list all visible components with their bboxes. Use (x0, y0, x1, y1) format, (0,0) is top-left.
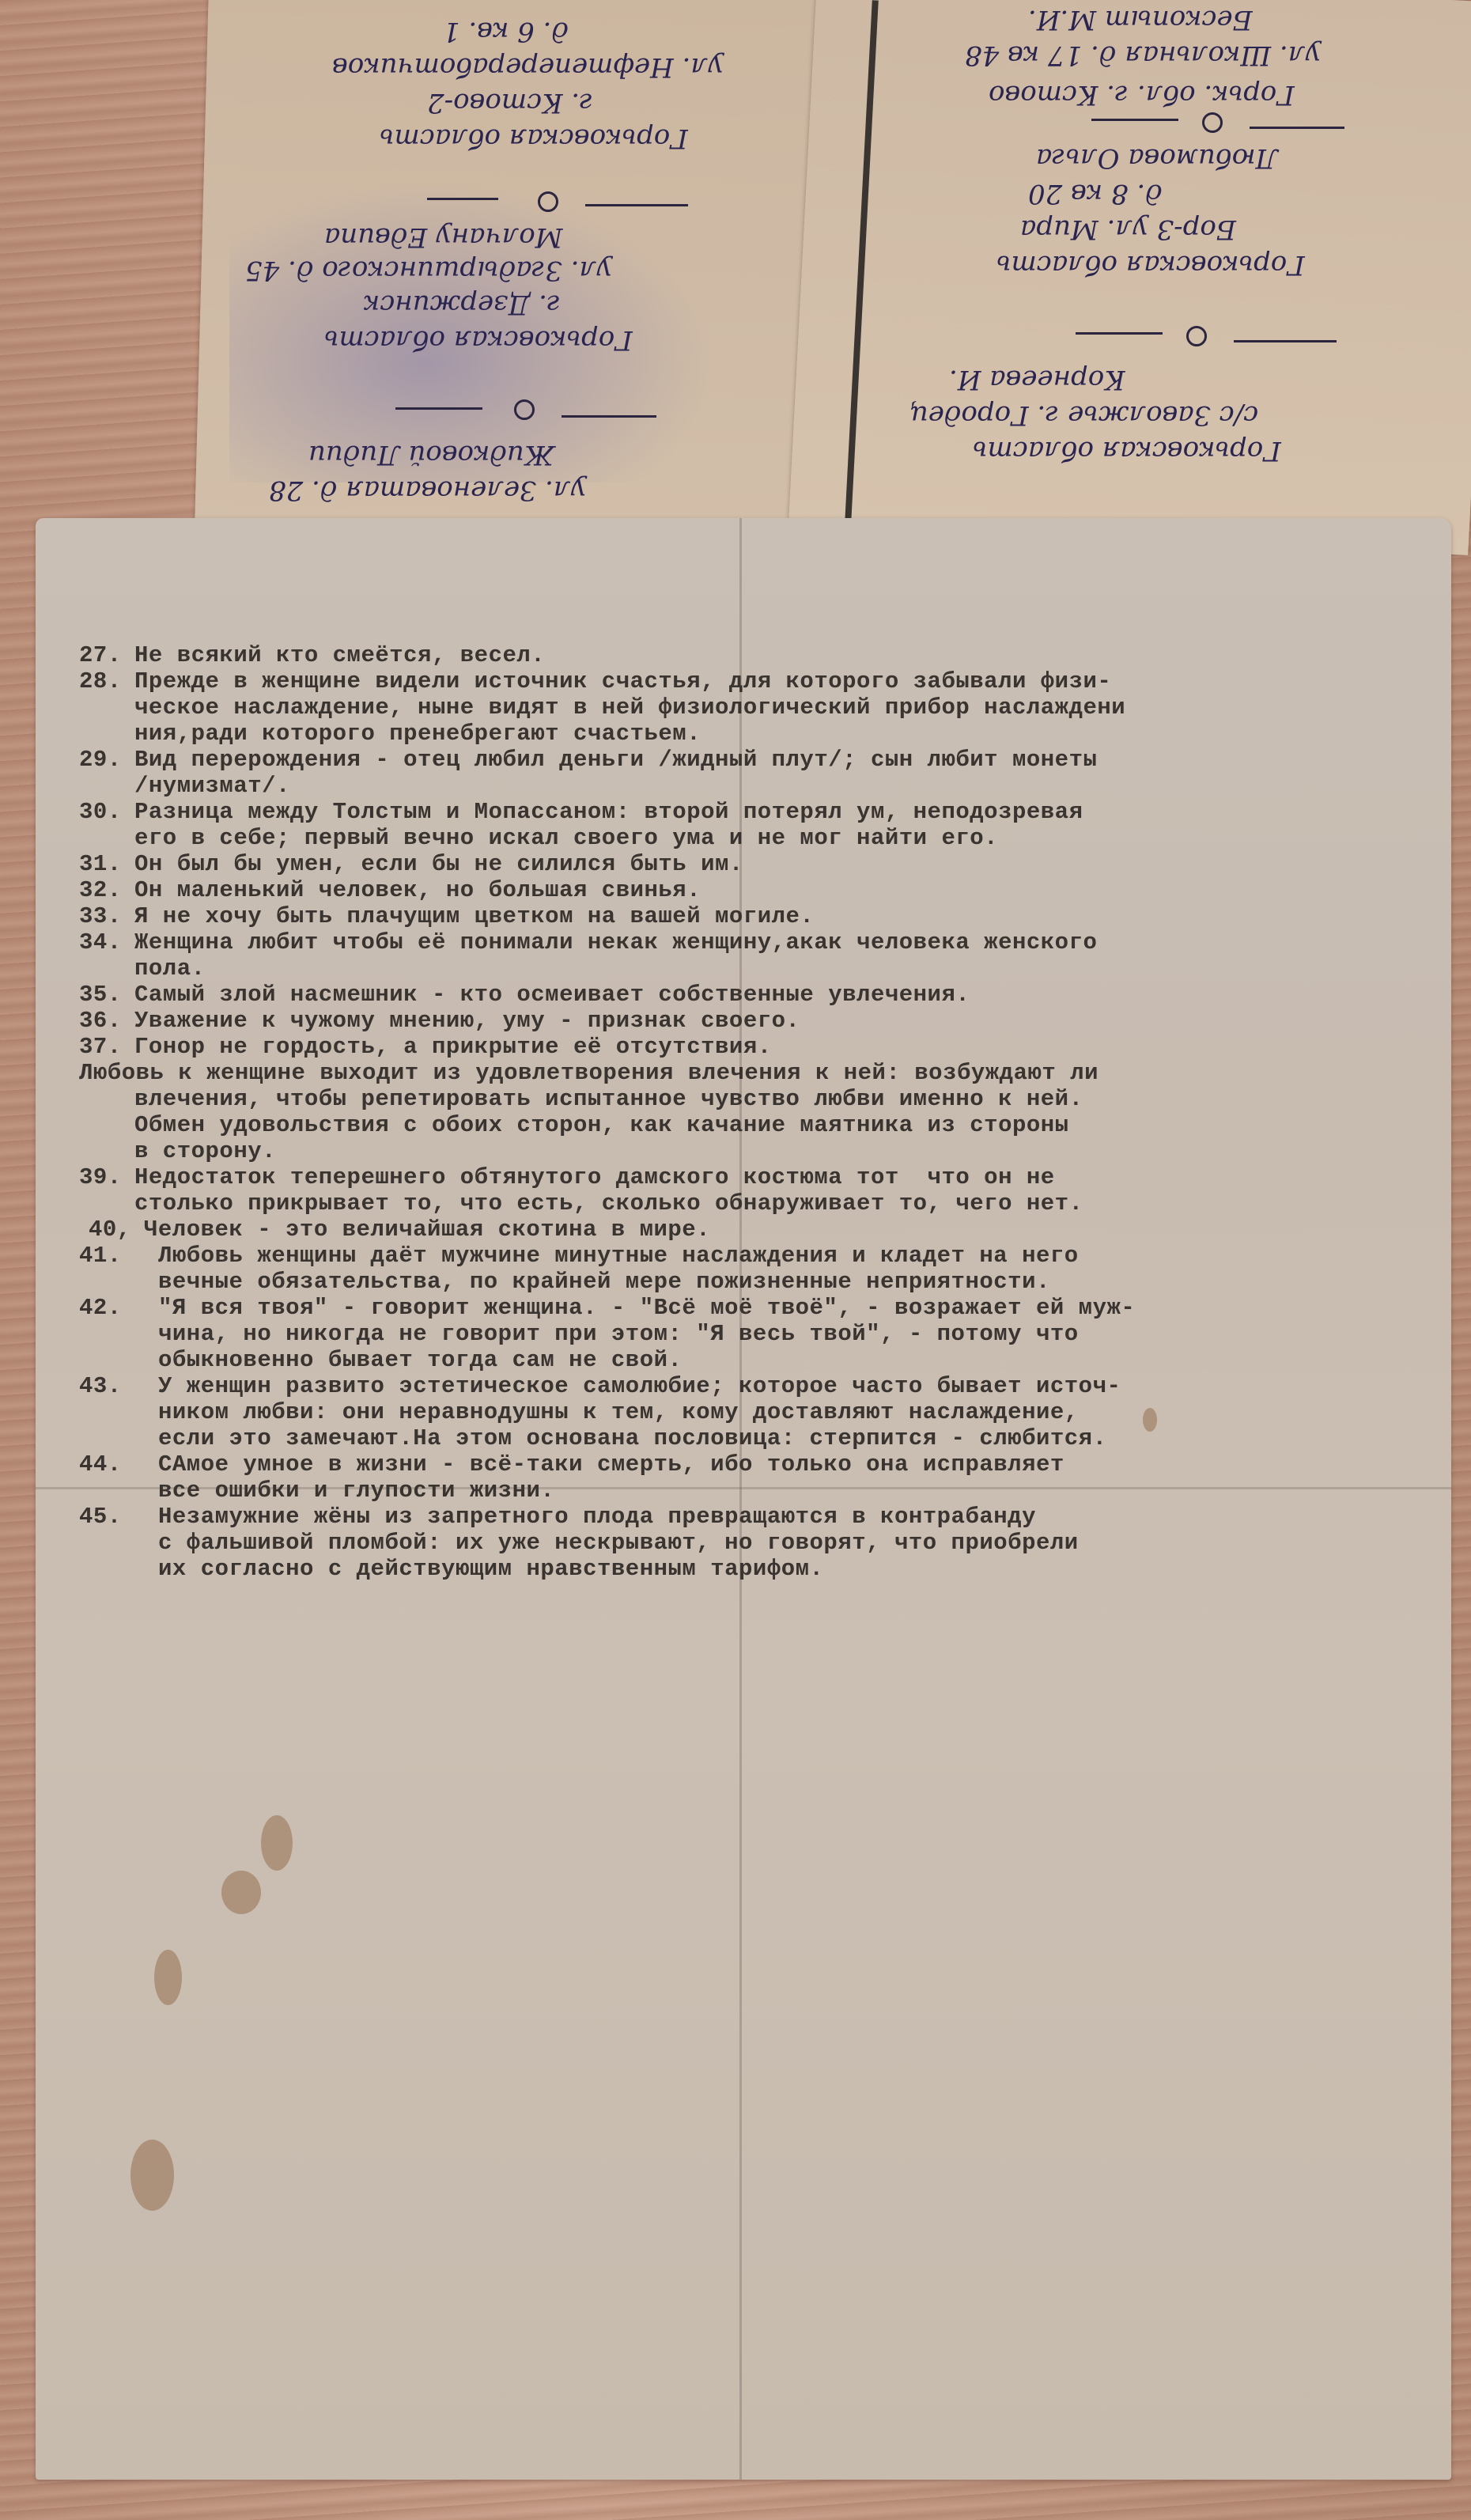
aphorism-list: 27. Не всякий кто смеётся, весел. 28. Пр… (79, 642, 1408, 1582)
aphorism-32: 32. Он маленький человек, но большая сви… (79, 877, 1408, 903)
aphorism-39: 39. Недостаток теперешнего обтянутого да… (79, 1164, 1408, 1216)
aphorism-30: 30. Разница между Толстым и Мопассаном: … (79, 799, 1408, 851)
stain (261, 1815, 293, 1871)
separator-line (427, 198, 498, 200)
separator-line (1076, 332, 1163, 335)
separator-circle (1202, 112, 1223, 133)
separator-line (1091, 119, 1178, 121)
aphorism-45: 45. Незамужние жёны из запретного плода … (79, 1504, 1408, 1582)
aphorism-43: 43. У женщин развито эстетическое самолю… (79, 1373, 1408, 1451)
aphorism-37: 37. Гонор не гордость, а прикрытие её от… (79, 1034, 1408, 1060)
aphorism-27: 27. Не всякий кто смеётся, весел. (79, 642, 1408, 668)
aphorism-40: 40, Человек - это величайшая скотина в м… (79, 1216, 1408, 1243)
aphorism-33: 33. Я не хочу быть плачущим цветком на в… (79, 903, 1408, 929)
separator-circle (514, 399, 535, 420)
aphorism-29: 29. Вид перерождения - отец любил деньги… (79, 747, 1408, 799)
separator-line (585, 204, 688, 206)
separator-line (562, 415, 656, 418)
aphorism-36: 36. Уважение к чужому мнению, уму - приз… (79, 1008, 1408, 1034)
stain (154, 1950, 182, 2005)
stain (221, 1871, 261, 1914)
aphorism-28: 28. Прежде в женщине видели источник сча… (79, 668, 1408, 747)
separator-line (1250, 127, 1344, 129)
aphorism-42: 42. "Я вся твоя" - говорит женщина. - "В… (79, 1295, 1408, 1373)
aphorism-44: 44. САмое умное в жизни - всё-таки смерт… (79, 1451, 1408, 1504)
aphorism-31: 31. Он был бы умен, если бы не силился б… (79, 851, 1408, 877)
stain (130, 2140, 174, 2211)
aphorism-35: 35. Самый злой насмешник - кто осмеивает… (79, 982, 1408, 1008)
aphorism-34: 34. Женщина любит чтобы её понимали нека… (79, 929, 1408, 982)
separator-circle (1186, 326, 1207, 346)
separator-line (395, 407, 482, 410)
aphorism-41: 41. Любовь женщины даёт мужчине минутные… (79, 1243, 1408, 1295)
aphorism-38-unnumbered: Любовь к женщине выходит из удовлетворен… (79, 1060, 1408, 1164)
separator-circle (538, 191, 558, 212)
separator-line (1234, 340, 1337, 342)
